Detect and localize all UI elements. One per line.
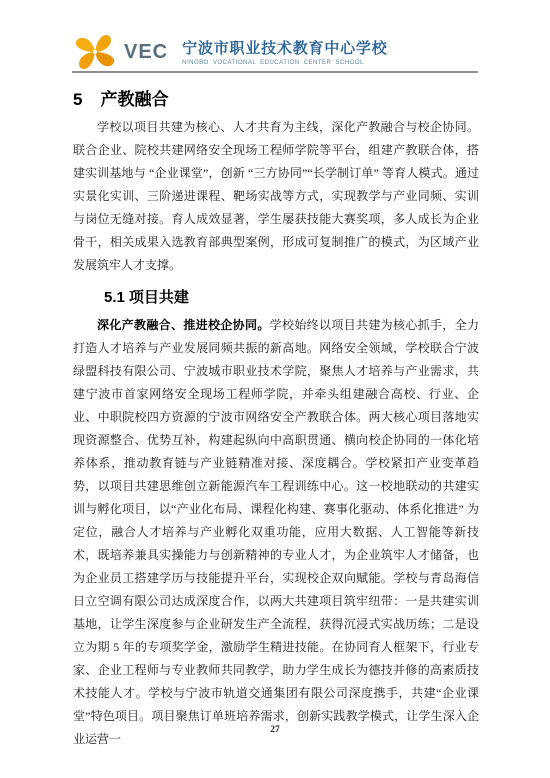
header-divider-line — [72, 71, 478, 73]
school-name-english: NINGBO VOCATIONAL EDUCATION CENTER SCHOO… — [182, 60, 387, 66]
page-header: VEC 宁波市职业技术教育中心学校 NINGBO VOCATIONAL EDUC… — [72, 34, 478, 74]
school-logo: VEC 宁波市职业技术教育中心学校 NINGBO VOCATIONAL EDUC… — [72, 34, 478, 70]
butterfly-logo-icon — [72, 34, 118, 70]
section-heading: 5产教融合 — [73, 85, 168, 110]
page-footer: 27 — [0, 719, 550, 737]
school-name-chinese: 宁波市职业技术教育中心学校 — [182, 41, 387, 58]
section-number: 5 — [73, 90, 82, 109]
page-number: 27 — [270, 725, 280, 735]
document-page: VEC 宁波市职业技术教育中心学校 NINGBO VOCATIONAL EDUC… — [0, 0, 550, 778]
logo-vec-text: VEC — [124, 41, 168, 64]
subsection-number: 5.1 — [104, 289, 125, 306]
paragraph-overview: 学校以项目共建为核心、人才共育为主线，深化产教融合与校企协同。联合企业、院校共建… — [73, 116, 479, 277]
paragraph-project-coconstruction: 深化产教融合、推进校企协同。学校始终以项目共建为核心抓手，全力打造人才培养与产业… — [73, 314, 479, 751]
paragraph-bold-lead: 深化产教融合、推进校企协同。 — [97, 318, 270, 332]
subsection-heading: 5.1项目共建 — [104, 286, 189, 307]
subsection-title: 项目共建 — [129, 289, 189, 306]
school-name-block: 宁波市职业技术教育中心学校 NINGBO VOCATIONAL EDUCATIO… — [182, 39, 387, 66]
paragraph-body-text: 学校始终以项目共建为核心抓手，全力打造人才培养与产业发展同频共振的新高地。网络安… — [73, 318, 479, 746]
section-title: 产教融合 — [100, 90, 168, 109]
